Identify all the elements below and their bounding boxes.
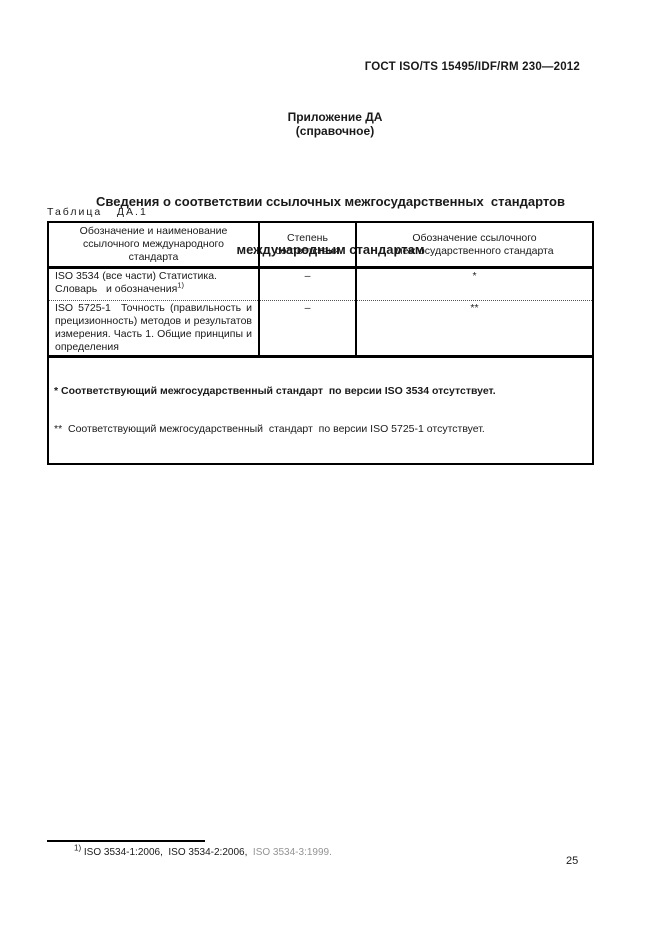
footnote-text: ISO 3534-1:2006, ISO 3534-2:2006, bbox=[81, 847, 253, 858]
cell-degree: – bbox=[259, 301, 356, 357]
table-note-asterisk: * Соответствующий межгосударственный ста… bbox=[54, 385, 587, 398]
table-note-double-asterisk: ** Соответствующий межгосударственный ст… bbox=[54, 423, 587, 436]
column-header-international-standard: Обозначение и наименование ссылочного ме… bbox=[48, 222, 259, 268]
table-notes-row: * Соответствующий межгосударственный ста… bbox=[48, 357, 593, 465]
column-header-interstate-standard: Обозначение ссылочного межгосударственно… bbox=[356, 222, 593, 268]
page-number: 25 bbox=[566, 855, 578, 867]
cell-standard-name: ISO 5725-1 Точность (правильность и прец… bbox=[48, 301, 259, 357]
standard-name-line1: ISO 3534 (все части) Статистика. bbox=[55, 270, 252, 283]
appendix-title: Приложение ДА bbox=[0, 110, 661, 124]
standards-correspondence-table: Обозначение и наименование ссылочного ме… bbox=[47, 221, 594, 465]
standard-name-line2: Словарь и обозначения1) bbox=[55, 283, 252, 296]
document-page: ГОСТ ISO/TS 15495/IDF/RM 230—2012 Прилож… bbox=[0, 0, 661, 936]
column-header-degree-of-correspondence: Степень соответствия bbox=[259, 222, 356, 268]
table-notes-cell: * Соответствующий межгосударственный ста… bbox=[48, 357, 593, 465]
running-header-title: ГОСТ ISO/TS 15495/IDF/RM 230—2012 bbox=[0, 61, 580, 73]
appendix-subtitle: (справочное) bbox=[0, 124, 661, 138]
cell-designation: * bbox=[356, 268, 593, 301]
footnote-divider-rule bbox=[47, 840, 205, 842]
footnote-reference-mark: 1) bbox=[177, 281, 184, 290]
footnote-text-muted: ISO 3534-3:1999. bbox=[253, 847, 332, 858]
table-row: ISO 5725-1 Точность (правильность и прец… bbox=[48, 301, 593, 357]
cell-designation: ** bbox=[356, 301, 593, 357]
table-header-row: Обозначение и наименование ссылочного ме… bbox=[48, 222, 593, 268]
table-caption: Таблица ДА.1 bbox=[47, 206, 148, 218]
table-row: ISO 3534 (все части) Статистика. Словарь… bbox=[48, 268, 593, 301]
cell-standard-name: ISO 3534 (все части) Статистика. Словарь… bbox=[48, 268, 259, 301]
footnote: 1) ISO 3534-1:2006, ISO 3534-2:2006, ISO… bbox=[74, 847, 332, 859]
cell-degree: – bbox=[259, 268, 356, 301]
appendix-heading: Приложение ДА (справочное) bbox=[0, 110, 661, 138]
